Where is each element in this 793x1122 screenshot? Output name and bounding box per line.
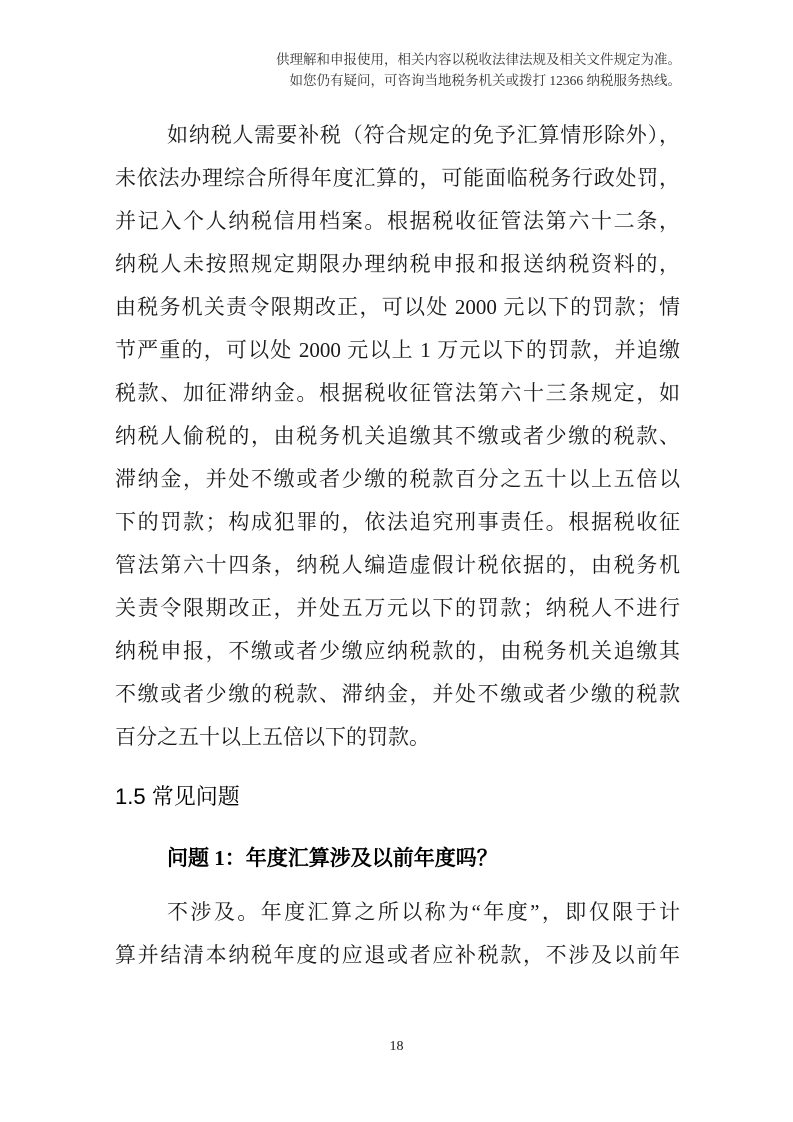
paragraph-line: 如纳税人需要补税（符合规定的免予汇算情形除外）， bbox=[115, 114, 680, 157]
paragraph-line: 滞纳金，并处不缴或者少缴的税款百分之五十以上五倍以 bbox=[115, 458, 680, 501]
paragraph-line: 由税务机关责令限期改正，可以处 2000 元以下的罚款；情 bbox=[115, 286, 680, 329]
question-1-heading: 问题 1：年度汇算涉及以前年度吗？ bbox=[115, 843, 680, 873]
paragraph-line: 关责令限期改正，并处五万元以下的罚款；纳税人不进行 bbox=[115, 587, 680, 630]
paragraph-line: 节严重的，可以处 2000 元以上 1 万元以下的罚款，并追缴 bbox=[115, 329, 680, 372]
paragraph-line: 并记入个人纳税信用档案。根据税收征管法第六十二条， bbox=[115, 200, 680, 243]
paragraph-line: 管法第六十四条，纳税人编造虚假计税依据的，由税务机 bbox=[115, 544, 680, 587]
section-heading-1-5: 1.5 常见问题 bbox=[115, 782, 680, 812]
paragraph-line: 算并结清本纳税年度的应退或者应补税款，不涉及以前年 bbox=[115, 934, 680, 977]
paragraph-line: 不缴或者少缴的税款、滞纳金，并处不缴或者少缴的税款 bbox=[115, 673, 680, 716]
page-header: 供理解和申报使用，相关内容以税收法律法规及相关文件规定为准。 如您仍有疑问，可咨… bbox=[113, 49, 681, 91]
paragraph-line: 未依法办理综合所得年度汇算的，可能面临税务行政处罚， bbox=[115, 157, 680, 200]
header-disclaimer-line-2: 如您仍有疑问，可咨询当地税务机关或拨打 12366 纳税服务热线。 bbox=[113, 70, 681, 91]
document-page: 供理解和申报使用，相关内容以税收法律法规及相关文件规定为准。 如您仍有疑问，可咨… bbox=[0, 0, 793, 1122]
paragraph-line: 百分之五十以上五倍以下的罚款。 bbox=[115, 716, 680, 759]
paragraph-line: 纳税申报，不缴或者少缴应纳税款的，由税务机关追缴其 bbox=[115, 630, 680, 673]
header-disclaimer-line-1: 供理解和申报使用，相关内容以税收法律法规及相关文件规定为准。 bbox=[113, 49, 681, 70]
answer-paragraph: 不涉及。年度汇算之所以称为“年度”，即仅限于计 算并结清本纳税年度的应退或者应补… bbox=[115, 891, 680, 977]
paragraph-line: 不涉及。年度汇算之所以称为“年度”，即仅限于计 bbox=[115, 891, 680, 934]
paragraph-line: 纳税人未按照规定期限办理纳税申报和报送纳税资料的， bbox=[115, 243, 680, 286]
paragraph-line: 纳税人偷税的，由税务机关追缴其不缴或者少缴的税款、 bbox=[115, 415, 680, 458]
paragraph-line: 下的罚款；构成犯罪的，依法追究刑事责任。根据税收征 bbox=[115, 501, 680, 544]
paragraph-line: 税款、加征滞纳金。根据税收征管法第六十三条规定，如 bbox=[115, 372, 680, 415]
page-number: 18 bbox=[0, 1038, 793, 1056]
penalty-paragraph: 如纳税人需要补税（符合规定的免予汇算情形除外）， 未依法办理综合所得年度汇算的，… bbox=[115, 114, 680, 759]
